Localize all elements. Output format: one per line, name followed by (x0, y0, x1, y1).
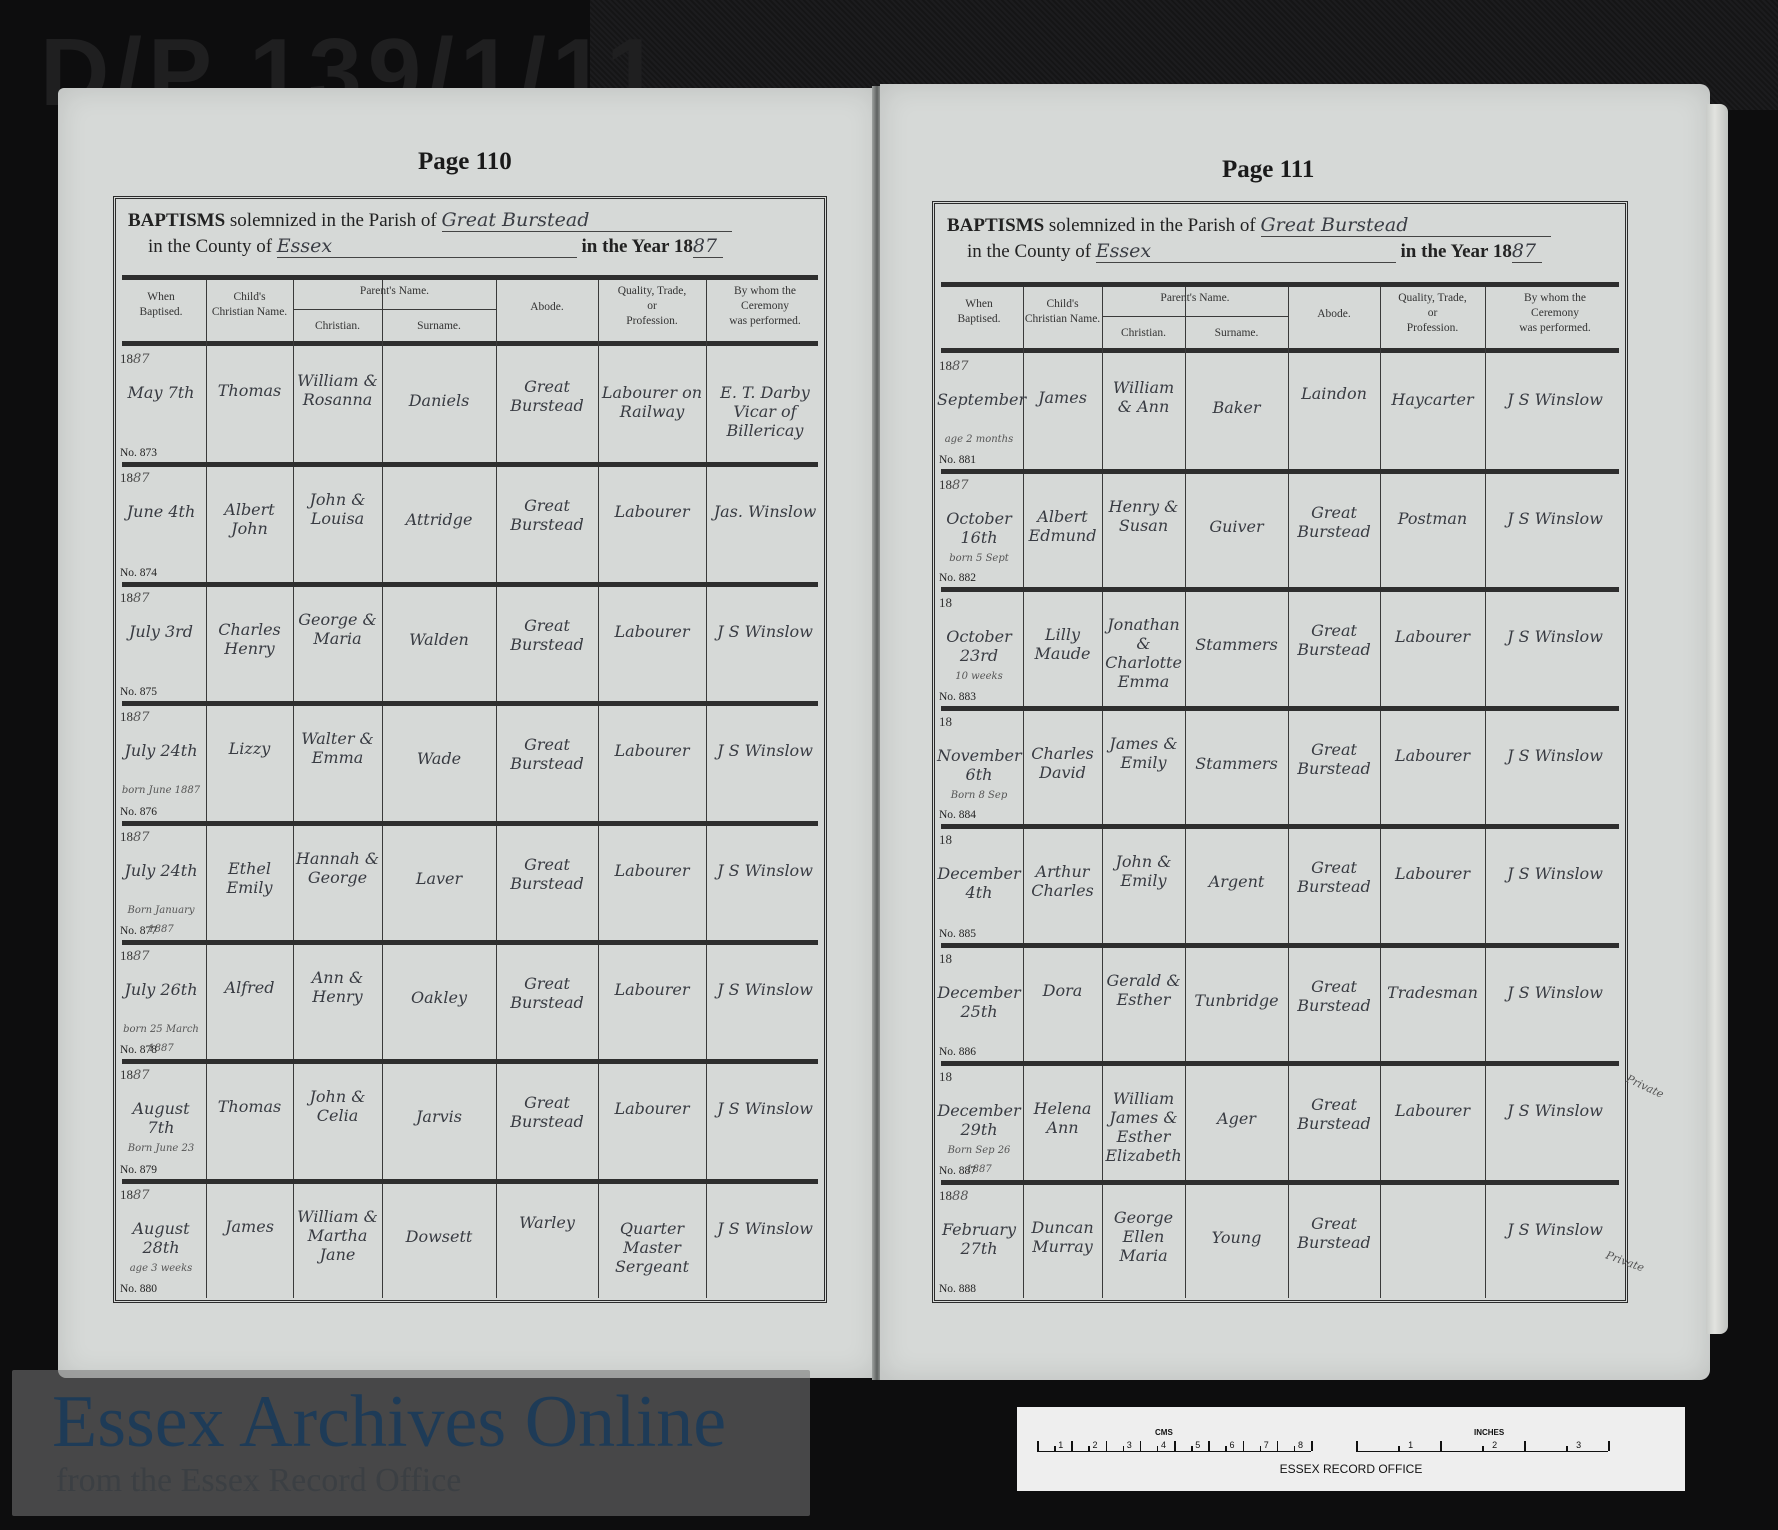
ruler-minor-tick (1088, 1446, 1090, 1451)
baptisms-label: BAPTISMS (947, 215, 1044, 236)
ruler-tick (1071, 1441, 1073, 1451)
header-rule (122, 275, 818, 280)
entry-child-name: Lizzy (208, 739, 291, 758)
entry-abode: Great Burstead (498, 1093, 596, 1131)
entry-note: born June 1887 (118, 781, 204, 800)
ruler-tick (1311, 1441, 1313, 1451)
entry-abode: Great Burstead (1290, 1095, 1378, 1133)
ruler-minor-tick (1191, 1446, 1193, 1451)
measurement-ruler: CMS 12345678 INCHES 123 ESSEX RECORD OFF… (1017, 1407, 1685, 1491)
solemnized-text: solemnized in the Parish of (230, 210, 437, 231)
entry-year-suffix: 87 (133, 352, 150, 367)
col-by-whom-line: By whom the (706, 284, 824, 299)
col-abode: Abode. (1288, 307, 1380, 322)
entry-note: age 3 weeks (118, 1259, 204, 1278)
col-quality-trade-line: Profession. (1380, 321, 1485, 336)
year-field: 87 (1512, 240, 1542, 263)
entry-child-name: Alfred (208, 978, 291, 997)
entry-when-baptised: July 26th (118, 980, 204, 999)
ruler-minor-tick (1398, 1446, 1400, 1451)
col-when-baptised: WhenBaptised. (116, 290, 206, 320)
entry-when-baptised: June 4th (118, 502, 204, 521)
archive-watermark: Essex Archives Online from the Essex Rec… (12, 1370, 810, 1516)
register-title-line: BAPTISMS solemnized in the Parish of Gre… (128, 209, 732, 232)
entry-number: No. 878 (120, 1044, 157, 1056)
entry-by-whom: J S Winslow (708, 1219, 822, 1238)
entry-year-suffix: 87 (952, 478, 969, 493)
entry-by-whom: E. T. Darby Vicar of Billericay (708, 383, 822, 440)
entry-when-baptised: September (937, 390, 1021, 409)
entry-by-whom: Jas. Winslow (708, 502, 822, 521)
col-quality-trade-line: or (598, 299, 706, 314)
register-entry-row: 18December 29thBorn Sep 26 1887Helena An… (935, 1065, 1625, 1180)
entry-child-name: James (1025, 388, 1100, 407)
col-child-name-line: Christian Name. (206, 305, 293, 320)
entry-parent-christian: Walter & Emma (295, 729, 380, 767)
entry-parent-surname: Ager (1187, 1109, 1286, 1128)
register-entry-row: 18November 6thBorn 8 SepCharles DavidJam… (935, 710, 1625, 825)
register-entry-row: 1887Septemberage 2 monthsJamesWilliam & … (935, 354, 1625, 469)
entry-year: 1887 (939, 358, 969, 374)
col-quality-trade: Quality, Trade,orProfession. (1380, 291, 1485, 336)
entry-parent-surname: Oakley (384, 988, 494, 1007)
register-entry-row: 1887August 28thage 3 weeksJamesWilliam &… (116, 1183, 824, 1298)
entry-number: No. 888 (939, 1283, 976, 1295)
ruler-number: 1 (1058, 1440, 1063, 1450)
entry-by-whom: J S Winslow (1487, 627, 1623, 646)
col-quality-trade-line: Quality, Trade, (598, 284, 706, 299)
entry-abode: Great Burstead (1290, 858, 1378, 896)
entry-abode: Warley (498, 1213, 596, 1232)
entry-year-suffix: 87 (133, 1068, 150, 1083)
entry-abode: Great Burstead (1290, 977, 1378, 1015)
entry-year: 1887 (120, 470, 150, 486)
entry-child-name: Albert Edmund (1025, 507, 1100, 545)
col-quality-trade-line: or (1380, 306, 1485, 321)
ruler-tick (1243, 1441, 1245, 1451)
entry-parent-surname: Daniels (384, 391, 494, 410)
entry-year: 1887 (120, 1067, 150, 1083)
col-by-whom: By whom theCeremonywas performed. (1485, 291, 1625, 336)
entry-number: No. 882 (939, 572, 976, 584)
entry-quality: Postman (1382, 509, 1483, 528)
page-title-110: Page 110 (418, 148, 512, 176)
entry-parent-christian: John & Louisa (295, 490, 380, 528)
entry-when-baptised: July 24th (118, 741, 204, 760)
entry-when-baptised: May 7th (118, 383, 204, 402)
register-header: BAPTISMS solemnized in the Parish of Gre… (116, 199, 824, 275)
entry-parent-christian: William & Rosanna (295, 371, 380, 409)
entry-quality: Labourer on Railway (600, 383, 704, 421)
entry-when-baptised: August 7th (118, 1099, 204, 1137)
entry-when-baptised: February 27th (937, 1220, 1021, 1258)
col-when-baptised: WhenBaptised. (935, 297, 1023, 327)
entry-quality: Tradesman (1382, 983, 1483, 1002)
col-parent-christian: Christian. (1102, 326, 1185, 341)
entry-number: No. 879 (120, 1164, 157, 1176)
entry-abode: Great Burstead (498, 377, 596, 415)
register-entry-row: 1887July 3rdCharles HenryGeorge & MariaW… (116, 586, 824, 701)
col-child-name-line: Christian Name. (1023, 312, 1102, 327)
entry-year-suffix: 87 (133, 830, 150, 845)
entry-parent-surname: Baker (1187, 398, 1286, 417)
entry-quality: Labourer (600, 502, 704, 521)
ruler-number: 7 (1264, 1440, 1269, 1450)
entry-child-name: Dora (1025, 981, 1100, 1000)
entry-child-name: Thomas (208, 381, 291, 400)
ruler-number: 5 (1195, 1440, 1200, 1450)
entry-abode: Great Burstead (1290, 503, 1378, 541)
entry-year: 1887 (120, 351, 150, 367)
entry-note: born 5 Sept (937, 549, 1021, 568)
col-by-whom: By whom theCeremonywas performed. (706, 284, 824, 329)
entry-year-suffix: 87 (952, 359, 969, 374)
col-parent-surname: Surname. (1185, 326, 1288, 341)
entry-quality: Labourer (1382, 1101, 1483, 1120)
entry-number: No. 877 (120, 925, 157, 937)
entry-parent-christian: George & Maria (295, 610, 380, 648)
entry-year: 1887 (939, 477, 969, 493)
entry-by-whom: J S Winslow (1487, 1220, 1623, 1239)
watermark-subtitle: from the Essex Record Office (56, 1462, 461, 1500)
ruler-number: 8 (1298, 1440, 1303, 1450)
entry-number: No. 874 (120, 567, 157, 579)
parish-field: Great Burstead (442, 209, 732, 232)
page-title-111: Page 111 (1222, 156, 1314, 184)
header-bottom-rule (941, 348, 1619, 353)
register-header: BAPTISMS solemnized in the Parish of Gre… (935, 204, 1625, 280)
ruler-minor-tick (1260, 1446, 1262, 1451)
ruler-number: 6 (1229, 1440, 1234, 1450)
entry-parent-surname: Walden (384, 630, 494, 649)
entry-parent-christian: John & Celia (295, 1087, 380, 1125)
entry-year-suffix: 87 (133, 949, 150, 964)
entry-parent-surname: Stammers (1187, 754, 1286, 773)
ruler-minor-tick (1054, 1446, 1056, 1451)
register-entry-row: 1887October 16thborn 5 SeptAlbert Edmund… (935, 473, 1625, 588)
parish-field: Great Burstead (1261, 214, 1551, 237)
page-edges (1706, 104, 1728, 1334)
baptism-register-page-111: BAPTISMS solemnized in the Parish of Gre… (932, 201, 1628, 1303)
register-title-line: BAPTISMS solemnized in the Parish of Gre… (947, 214, 1551, 237)
entry-parent-christian: Gerald & Esther (1104, 971, 1183, 1009)
entry-when-baptised: August 28th (118, 1219, 204, 1257)
ruler-tick (1356, 1441, 1358, 1451)
col-when-baptised-line: Baptised. (116, 305, 206, 320)
entry-parent-surname: Dowsett (384, 1227, 494, 1246)
register-entry-row: 1887May 7thThomasWilliam & RosannaDaniel… (116, 347, 824, 462)
entry-child-name: James (208, 1217, 291, 1236)
cms-scale: CMS 12345678 (1037, 1437, 1311, 1452)
entry-child-name: Arthur Charles (1025, 862, 1100, 900)
register-entry-row: 18December 25thDoraGerald & EstherTunbri… (935, 947, 1625, 1062)
entry-year-suffix: 87 (133, 471, 150, 486)
col-by-whom-line: Ceremony (1485, 306, 1625, 321)
col-parents-name: Parent's Name. (1102, 291, 1288, 306)
entry-parent-christian: Jonathan & Charlotte Emma (1104, 615, 1183, 691)
col-quality-trade: Quality, Trade,orProfession. (598, 284, 706, 329)
entry-parent-surname: Jarvis (384, 1107, 494, 1126)
county-text: in the County of (967, 241, 1091, 262)
entry-when-baptised: December 4th (937, 864, 1021, 902)
col-parents-name: Parent's Name. (293, 284, 496, 299)
entry-quality: Labourer (1382, 746, 1483, 765)
entry-quality: Labourer (1382, 864, 1483, 883)
entry-parent-christian: James & Emily (1104, 734, 1183, 772)
col-when-baptised-line: Baptised. (935, 312, 1023, 327)
entry-when-baptised: July 3rd (118, 622, 204, 641)
entry-quality: Labourer (600, 1099, 704, 1118)
entry-number: No. 885 (939, 928, 976, 940)
col-by-whom-line: Ceremony (706, 299, 824, 314)
register-entry-row: 1887August 7thBorn June 23ThomasJohn & C… (116, 1063, 824, 1178)
entry-abode: Great Burstead (1290, 1214, 1378, 1252)
ruler-tick (1106, 1441, 1108, 1451)
entry-quality: Labourer (600, 861, 704, 880)
ruler-tick (1037, 1441, 1039, 1451)
entry-parent-surname: Wade (384, 749, 494, 768)
entry-year: 1887 (120, 1187, 150, 1203)
col-when-baptised-line: When (935, 297, 1023, 312)
entry-number: No. 883 (939, 691, 976, 703)
entry-year: 1887 (120, 829, 150, 845)
entry-by-whom: J S Winslow (708, 861, 822, 880)
ruler-minor-tick (1294, 1446, 1296, 1451)
header-rule (941, 282, 1619, 287)
ruler-number: 4 (1161, 1440, 1166, 1450)
county-field: Essex (1096, 240, 1396, 263)
baptism-register-page-110: BAPTISMS solemnized in the Parish of Gre… (113, 196, 827, 1303)
entry-parent-surname: Guiver (1187, 517, 1286, 536)
entry-quality: Labourer (1382, 627, 1483, 646)
ruler-tick (1140, 1441, 1142, 1451)
entry-parent-christian: Hannah & George (295, 849, 380, 887)
entry-abode: Great Burstead (498, 496, 596, 534)
year-text: in the Year 18 (582, 236, 693, 257)
entry-abode: Great Burstead (1290, 740, 1378, 778)
entry-when-baptised: December 25th (937, 983, 1021, 1021)
ruler-label: ESSEX RECORD OFFICE (1017, 1462, 1685, 1476)
entry-quality: Labourer (600, 741, 704, 760)
entry-parent-surname: Argent (1187, 872, 1286, 891)
parent-subheader-rule (1102, 316, 1288, 317)
entry-parent-christian: Ann & Henry (295, 968, 380, 1006)
register-entry-row: 1887July 26thborn 25 March 1887AlfredAnn… (116, 944, 824, 1059)
ruler-minor-tick (1225, 1446, 1227, 1451)
col-abode: Abode. (496, 300, 598, 315)
register-entry-row: 1887July 24thBorn January 1887Ethel Emil… (116, 825, 824, 940)
entry-year: 1887 (120, 709, 150, 725)
col-by-whom-line: was performed. (1485, 321, 1625, 336)
entry-parent-surname: Attridge (384, 510, 494, 529)
col-when-baptised-line: When (116, 290, 206, 305)
ruler-number: 3 (1127, 1440, 1132, 1450)
entry-note: Born June 23 (118, 1139, 204, 1158)
col-child-name-line: Child's (1023, 297, 1102, 312)
ruler-tick (1277, 1441, 1279, 1451)
ruler-minor-tick (1157, 1446, 1159, 1451)
entry-year: 18 (939, 595, 952, 611)
entry-year: 1887 (120, 948, 150, 964)
entry-note: Born 8 Sep (937, 786, 1021, 805)
entry-note: 10 weeks (937, 667, 1021, 686)
entry-number: No. 881 (939, 454, 976, 466)
header-bottom-rule (122, 341, 818, 346)
entry-by-whom: J S Winslow (1487, 983, 1623, 1002)
ruler-minor-tick (1566, 1446, 1568, 1451)
entry-year-suffix: 88 (952, 1189, 969, 1204)
entry-parent-christian: William James & Esther Elizabeth (1104, 1089, 1183, 1165)
entry-number: No. 876 (120, 806, 157, 818)
county-field: Essex (277, 235, 577, 258)
entry-by-whom: J S Winslow (708, 980, 822, 999)
entry-when-baptised: December 29th (937, 1101, 1021, 1139)
entry-year-suffix: 87 (133, 1188, 150, 1203)
register-entry-row: 18October 23rd10 weeksLilly MaudeJonatha… (935, 591, 1625, 706)
register-entry-row: 18December 4thArthur CharlesJohn & Emily… (935, 828, 1625, 943)
col-child-name-line: Child's (206, 290, 293, 305)
entry-child-name: Helena Ann (1025, 1099, 1100, 1137)
entry-parent-surname: Stammers (1187, 635, 1286, 654)
entry-number: No. 875 (120, 686, 157, 698)
entry-parent-surname: Laver (384, 869, 494, 888)
entry-quality: Labourer (600, 980, 704, 999)
entry-by-whom: J S Winslow (1487, 746, 1623, 765)
col-by-whom-line: By whom the (1485, 291, 1625, 306)
ruler-minor-tick (1482, 1446, 1484, 1451)
year-text: in the Year 18 (1401, 241, 1512, 262)
entry-abode: Great Burstead (498, 974, 596, 1012)
col-quality-trade-line: Quality, Trade, (1380, 291, 1485, 306)
ruler-number: 2 (1492, 1440, 1497, 1450)
entry-when-baptised: October 16th (937, 509, 1021, 547)
entry-year: 18 (939, 832, 952, 848)
entry-by-whom: J S Winslow (1487, 390, 1623, 409)
entry-abode: Great Burstead (498, 855, 596, 893)
entry-parent-christian: William & Ann (1104, 378, 1183, 416)
entry-year: 1888 (939, 1188, 969, 1204)
entry-by-whom: J S Winslow (1487, 1101, 1623, 1120)
col-parent-christian: Christian. (293, 319, 382, 334)
register-entry-row: 1887June 4thAlbert JohnJohn & LouisaAttr… (116, 466, 824, 581)
col-child-name: Child'sChristian Name. (1023, 297, 1102, 327)
entry-year-suffix: 87 (133, 591, 150, 606)
entry-number: No. 880 (120, 1283, 157, 1295)
entry-parent-surname: Young (1187, 1228, 1286, 1247)
entry-number: No. 884 (939, 809, 976, 821)
entry-parent-christian: George Ellen Maria (1104, 1208, 1183, 1265)
col-by-whom-line: was performed. (706, 314, 824, 329)
county-line: in the County of Essex in the Year 1887 (967, 240, 1542, 263)
register-entry-row: 1888February 27thDuncan MurrayGeorge Ell… (935, 1184, 1625, 1299)
ruler-tick (1440, 1441, 1442, 1451)
ruler-number: 2 (1092, 1440, 1097, 1450)
entry-child-name: Ethel Emily (208, 859, 291, 897)
col-child-name: Child'sChristian Name. (206, 290, 293, 320)
solemnized-text: solemnized in the Parish of (1049, 215, 1256, 236)
entry-child-name: Charles David (1025, 744, 1100, 782)
entry-abode: Great Burstead (498, 616, 596, 654)
county-line: in the County of Essex in the Year 1887 (148, 235, 723, 258)
ruler-minor-tick (1123, 1446, 1125, 1451)
entry-quality: Haycarter (1382, 390, 1483, 409)
entry-by-whom: J S Winslow (708, 622, 822, 641)
entry-by-whom: J S Winslow (1487, 509, 1623, 528)
county-text: in the County of (148, 236, 272, 257)
entry-abode: Great Burstead (498, 735, 596, 773)
ruler-number: 3 (1576, 1440, 1581, 1450)
entry-parent-christian: John & Emily (1104, 852, 1183, 890)
register-entry-row: 1887July 24thborn June 1887LizzyWalter &… (116, 705, 824, 820)
col-quality-trade-line: Profession. (598, 314, 706, 329)
entry-number: No. 887 (939, 1165, 976, 1177)
entry-abode: Laindon (1290, 384, 1378, 403)
entry-child-name: Duncan Murray (1025, 1218, 1100, 1256)
year-field: 87 (693, 235, 723, 258)
entry-parent-surname: Tunbridge (1187, 991, 1286, 1010)
watermark-title: Essex Archives Online (52, 1380, 726, 1465)
baptisms-label: BAPTISMS (128, 210, 225, 231)
entry-by-whom: J S Winslow (708, 741, 822, 760)
entry-number: No. 873 (120, 447, 157, 459)
entry-child-name: Lilly Maude (1025, 625, 1100, 663)
entry-number: No. 886 (939, 1046, 976, 1058)
entry-child-name: Albert John (208, 500, 291, 538)
col-parent-surname: Surname. (382, 319, 496, 334)
ruler-tick (1174, 1441, 1176, 1451)
entry-quality: Quarter Master Sergeant (600, 1219, 704, 1276)
entry-when-baptised: October 23rd (937, 627, 1021, 665)
entry-by-whom: J S Winslow (708, 1099, 822, 1118)
entry-note: age 2 months (937, 430, 1021, 449)
ruler-tick (1524, 1441, 1526, 1451)
entry-abode: Great Burstead (1290, 621, 1378, 659)
entry-when-baptised: July 24th (118, 861, 204, 880)
entry-year: 1887 (120, 590, 150, 606)
ruler-number: 1 (1408, 1440, 1413, 1450)
parent-subheader-rule (293, 309, 496, 310)
entry-quality: Labourer (600, 622, 704, 641)
entry-child-name: Thomas (208, 1097, 291, 1116)
ruler-tick (1608, 1441, 1610, 1451)
entry-year: 18 (939, 951, 952, 967)
entry-parent-christian: William & Martha Jane (295, 1207, 380, 1264)
entry-year: 18 (939, 714, 952, 730)
inches-scale: INCHES 123 (1356, 1437, 1608, 1452)
ruler-tick (1208, 1441, 1210, 1451)
entry-child-name: Charles Henry (208, 620, 291, 658)
entry-when-baptised: November 6th (937, 746, 1021, 784)
inches-title: INCHES (1474, 1428, 1504, 1437)
entry-parent-christian: Henry & Susan (1104, 497, 1183, 535)
entry-year-suffix: 87 (133, 710, 150, 725)
entry-year: 18 (939, 1069, 952, 1085)
cms-title: CMS (1155, 1428, 1173, 1437)
entry-by-whom: J S Winslow (1487, 864, 1623, 883)
